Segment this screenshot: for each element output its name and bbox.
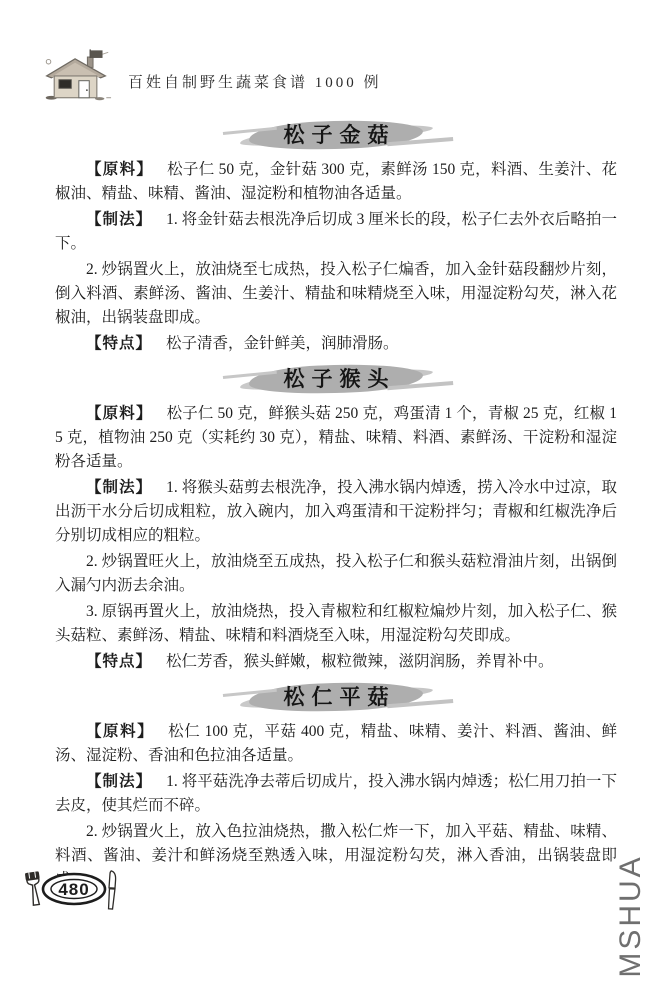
paragraph-label: 【原料】 [86, 723, 154, 740]
recipe-paragraph: 【原料】松仁 100 克，平菇 400 克，精盐、味精、姜汁、料酒、酱油、鲜汤、… [55, 720, 617, 768]
page-number: 480 [58, 880, 89, 899]
book-title: 百姓自制野生蔬菜食谱 1000 例 [128, 59, 382, 92]
recipe-section: 松子猴头 【原料】松子仁 50 克，鲜猴头菇 250 克，鸡蛋清 1 个，青椒 … [55, 360, 617, 674]
recipe-body: 【原料】松子仁 50 克，金针菇 300 克，素鲜汤 150 克，料酒、生姜汁、… [55, 158, 617, 356]
paragraph-label: 【原料】 [86, 161, 153, 178]
watermark-text: MSHUA [614, 841, 648, 991]
paragraph-text: 2. 炒锅置旺火上，放油烧至五成热，投入松子仁和猴头菇粒滑油片刻，出锅倒入漏勺内… [55, 553, 617, 594]
recipe-paragraph: 【制法】1. 将金针菇去根洗净后切成 3 厘米长的段，松子仁去外衣后略拍一下。 [55, 208, 617, 256]
paragraph-label: 【制法】 [86, 773, 152, 790]
recipe-body: 【原料】松仁 100 克，平菇 400 克，精盐、味精、姜汁、料酒、酱油、鲜汤、… [55, 720, 617, 892]
recipe-paragraph: 【制法】1. 将平菇洗净去蒂后切成片，投入沸水锅内焯透；松仁用刀拍一下去皮，使其… [55, 770, 617, 818]
fork-icon [25, 871, 43, 906]
book-page: 百姓自制野生蔬菜食谱 1000 例 松子金菇 【原料】松子仁 50 克，金针菇 … [0, 0, 664, 1001]
recipe-paragraph: 【原料】松子仁 50 克，鲜猴头菇 250 克，鸡蛋清 1 个，青椒 25 克，… [55, 402, 617, 474]
page-header: 百姓自制野生蔬菜食谱 1000 例 [40, 48, 616, 102]
recipe-title-banner: 松仁平菇 [221, 678, 451, 714]
recipe-paragraph: 【特点】松仁芳香，猴头鲜嫩，椒粒微辣，滋阴润肠，养胃补中。 [55, 650, 617, 674]
recipe-section: 松子金菇 【原料】松子仁 50 克，金针菇 300 克，素鲜汤 150 克，料酒… [55, 116, 617, 356]
recipe-title: 松子金菇 [277, 119, 396, 149]
paragraph-text: 3. 原锅再置火上，放油烧热，投入青椒粒和红椒粒煸炒片刻，加入松子仁、猴头菇粒、… [55, 603, 617, 644]
recipe-title-banner: 松子金菇 [221, 116, 451, 152]
paragraph-text: 2. 炒锅置火上，放油烧至七成热，投入松子仁煸香，加入金针菇段翻炒片刻，倒入料酒… [55, 261, 617, 326]
paragraph-label: 【制法】 [86, 479, 152, 496]
paragraph-text: 2. 炒锅置火上，放入色拉油烧热，撒入松仁炸一下，加入平菇、精盐、味精、料酒、酱… [55, 823, 617, 888]
house-icon [40, 48, 112, 102]
recipe-paragraph: 2. 炒锅置旺火上，放油烧至五成热，投入松子仁和猴头菇粒滑油片刻，出锅倒入漏勺内… [55, 550, 617, 598]
recipe-paragraph: 2. 炒锅置火上，放油烧至七成热，投入松子仁煸香，加入金针菇段翻炒片刻，倒入料酒… [55, 258, 617, 330]
recipe-section: 松仁平菇 【原料】松仁 100 克，平菇 400 克，精盐、味精、姜汁、料酒、酱… [55, 678, 617, 892]
recipe-body: 【原料】松子仁 50 克，鲜猴头菇 250 克，鸡蛋清 1 个，青椒 25 克，… [55, 402, 617, 674]
paragraph-label: 【特点】 [86, 335, 152, 352]
recipe-paragraph: 3. 原锅再置火上，放油烧热，投入青椒粒和红椒粒煸炒片刻，加入松子仁、猴头菇粒、… [55, 600, 617, 648]
recipes-container: 松子金菇 【原料】松子仁 50 克，金针菇 300 克，素鲜汤 150 克，料酒… [55, 112, 617, 894]
recipe-paragraph: 2. 炒锅置火上，放入色拉油烧热，撒入松仁炸一下，加入平菇、精盐、味精、料酒、酱… [55, 820, 617, 892]
recipe-paragraph: 【特点】松子清香，金针鲜美，润肺滑肠。 [55, 332, 617, 356]
page-number-plate: 480 [18, 868, 122, 919]
recipe-title-banner: 松子猴头 [221, 360, 451, 396]
recipe-title: 松仁平菇 [277, 681, 396, 711]
paragraph-label: 【特点】 [86, 653, 152, 670]
paragraph-label: 【制法】 [86, 211, 152, 228]
recipe-paragraph: 【原料】松子仁 50 克，金针菇 300 克，素鲜汤 150 克，料酒、生姜汁、… [55, 158, 617, 206]
paragraph-text: 松子清香，金针鲜美，润肺滑肠。 [166, 335, 399, 352]
paragraph-label: 【原料】 [86, 405, 153, 422]
recipe-paragraph: 【制法】1. 将猴头菇剪去根洗净，投入沸水锅内焯透，捞入冷水中过凉，取出沥干水分… [55, 476, 617, 548]
recipe-title: 松子猴头 [277, 363, 396, 393]
knife-icon [108, 871, 117, 909]
paragraph-text: 松仁芳香，猴头鲜嫩，椒粒微辣，滋阴润肠，养胃补中。 [166, 653, 554, 670]
